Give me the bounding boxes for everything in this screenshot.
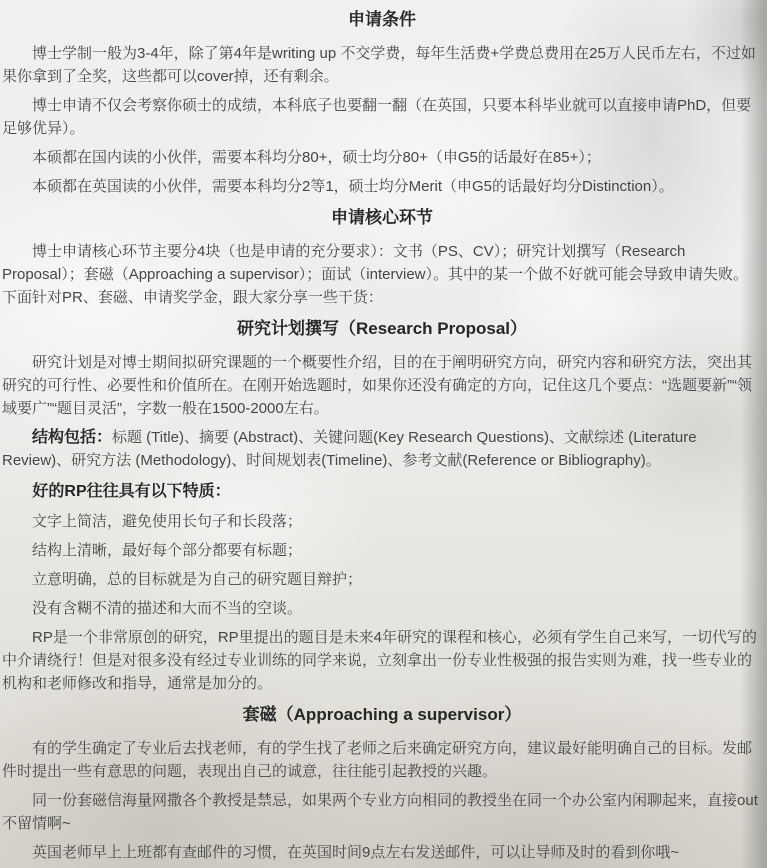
paragraph-email-timing: 英国老师早上上班都有查邮件的习惯，在英国时间9点左右发送邮件，可以让导师及时的看… — [2, 841, 762, 864]
paragraph-trait-concise: 文字上简洁，避免使用长句子和长段落； — [2, 510, 762, 533]
bold-lead-structure: 结构包括： — [32, 429, 112, 446]
section-heading-application-requirements: 申请条件 — [2, 9, 762, 31]
paragraph-grades-check: 博士申请不仅会考察你硕士的成绩，本科底子也要翻一翻（在英国，只要本科毕业就可以直… — [2, 94, 762, 140]
subheading-good-rp-traits: 好的RP往往具有以下特质： — [2, 481, 762, 503]
paragraph-rp-intro: 研究计划是对博士期间拟研究课题的一个概要性介绍，目的在于阐明研究方向，研究内容和… — [2, 351, 762, 420]
paragraph-domestic-scores: 本硕都在国内读的小伙伴，需要本科均分80+，硕士均分80+（申G5的话最好在85… — [2, 146, 762, 169]
section-heading-approaching-supervisor: 套磁（Approaching a supervisor） — [2, 704, 762, 726]
paragraph-trait-no-vague-talk: 没有含糊不清的描述和大而不当的空谈。 — [2, 597, 762, 620]
paragraph-uk-scores: 本硕都在英国读的小伙伴，需要本科均分2等1，硕士均分Merit（申G5的话最好均… — [2, 175, 762, 198]
paragraph-rp-structure: 结构包括：标题 (Title)、摘要 (Abstract)、关键问题(Key R… — [2, 426, 762, 472]
paragraph-contact-strategy: 有的学生确定了专业后去找老师，有的学生找了老师之后来确定研究方向，建议最好能明确… — [2, 737, 762, 783]
paragraph-rp-originality: RP是一个非常原创的研究，RP里提出的题目是未来4年研究的课程和核心，必须有学生… — [2, 626, 762, 695]
section-heading-core-steps: 申请核心环节 — [2, 207, 762, 229]
paragraph-core-steps-overview: 博士申请核心环节主要分4块（也是申请的充分要求）：文书（PS、CV）；研究计划撰… — [2, 240, 762, 309]
paragraph-duration-fees: 博士学制一般为3-4年，除了第4年是writing up 不交学费，每年生活费+… — [2, 42, 762, 88]
section-heading-research-proposal: 研究计划撰写（Research Proposal） — [2, 318, 762, 340]
article: 申请条件 博士学制一般为3-4年，除了第4年是writing up 不交学费，每… — [0, 0, 767, 864]
paragraph-trait-clear-intent: 立意明确，总的目标就是为自己的研究题目辩护； — [2, 568, 762, 591]
paragraph-trait-clear-structure: 结构上清晰，最好每个部分都要有标题； — [2, 539, 762, 562]
paragraph-mass-email-taboo: 同一份套磁信海量网撒各个教授是禁忌，如果两个专业方向相同的教授坐在同一个办公室内… — [2, 789, 762, 835]
